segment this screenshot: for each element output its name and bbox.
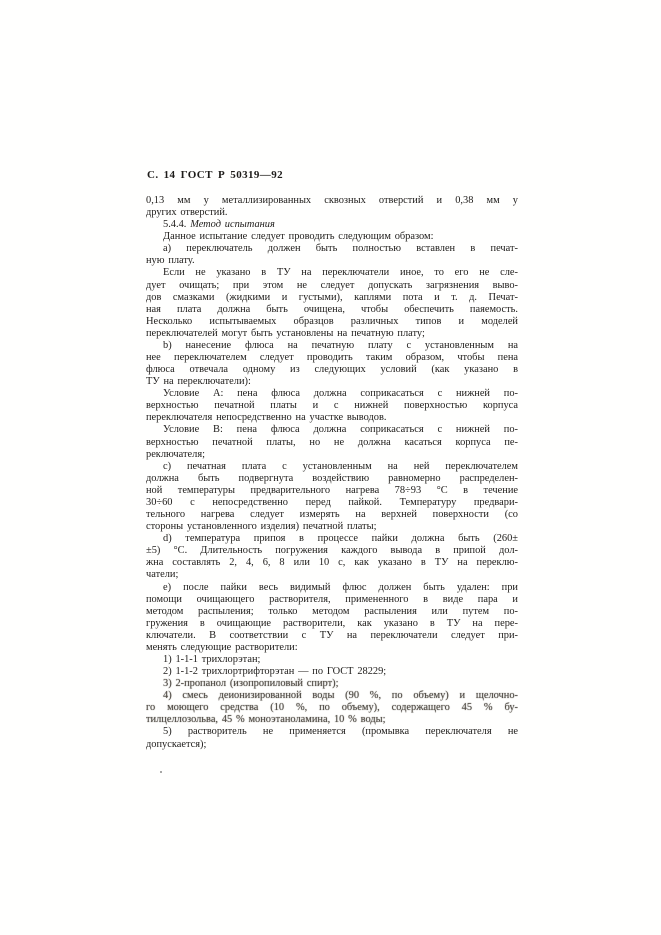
text-line: помощи очищающего растворителя, применен… [146, 594, 518, 606]
text-line: должна быть подвергнута воздействию равн… [146, 473, 518, 485]
text-line: дует очищать; при этом не следует допуск… [146, 280, 518, 292]
text-line: 2) 1-1-2 трихлортрифторэтан — по ГОСТ 28… [146, 666, 518, 678]
scanned-document-page: С. 14 ГОСТ Р 50319—92 0,13 мм у металлиз… [0, 0, 661, 935]
text-line: Несколько испытываемых образцов различны… [146, 316, 518, 328]
text-line: верхностью печатной платы, но не должна … [146, 437, 518, 449]
text-line: нее переключателем следует проводить так… [146, 352, 518, 364]
text-line: Если не указано в ТУ на переключатели ин… [146, 267, 518, 279]
text-line: е) после пайки весь видимый флюс должен … [146, 582, 518, 594]
text-line: с) печатная плата с установленным на ней… [146, 461, 518, 473]
text-line: 3) 2-пропанол (изопропиловый спирт); [146, 678, 518, 690]
text-line: жна составлять 2, 4, 6, 8 или 10 с, как … [146, 557, 518, 569]
text-line: переключателя непосредственно на участке… [146, 412, 518, 424]
text-line: ТУ на переключатели): [146, 376, 518, 388]
text-line: переключателей могут быть установлены на… [146, 328, 518, 340]
text-line: допускается); [146, 739, 518, 751]
text-line: флюса отвечала одному из следующих услов… [146, 364, 518, 376]
italic-text-run: Метод испытания [190, 219, 275, 230]
text-line: дов смазками (жидкими и густыми), каплям… [146, 292, 518, 304]
text-line: ключатели. В соответствии с ТУ на перекл… [146, 630, 518, 642]
text-line: Условие А: пена флюса должна соприкасать… [146, 388, 518, 400]
text-line: а) переключатель должен быть полностью в… [146, 243, 518, 255]
text-line: ±5) °С. Длительность погружения каждого … [146, 545, 518, 557]
text-line: 5.4.4. Метод испытания [146, 219, 518, 231]
text-line: методом распыления; только методом распы… [146, 606, 518, 618]
text-line: ную плату. [146, 255, 518, 267]
text-line: стороны установленного изделия) печатной… [146, 521, 518, 533]
text-line: 1) 1-1-1 трихлорэтан; [146, 654, 518, 666]
text-line: ной температуры предварительного нагрева… [146, 485, 518, 497]
text-line: менять следующие растворители: [146, 642, 518, 654]
page-header: С. 14 ГОСТ Р 50319—92 [147, 169, 283, 181]
text-run: 5.4.4. [163, 219, 190, 230]
text-line: ная плата должна быть очищена, чтобы обе… [146, 304, 518, 316]
text-line: чатели; [146, 569, 518, 581]
text-line: тельного нагрева следует измерять на вер… [146, 509, 518, 521]
text-line: Данное испытание следует проводить следу… [146, 231, 518, 243]
text-line: 5) растворитель не применяется (промывка… [146, 726, 518, 738]
text-line: d) температура припоя в процессе пайки д… [146, 533, 518, 545]
document-body: 0,13 мм у металлизированных сквозных отв… [146, 195, 518, 751]
text-line: 0,13 мм у металлизированных сквозных отв… [146, 195, 518, 207]
text-line: го моющего средства (10 %, по объему), с… [146, 702, 518, 714]
text-line: верхностью печатной платы и с нижней пов… [146, 400, 518, 412]
text-line: гружения в очищающие растворители, как у… [146, 618, 518, 630]
text-line: Условие В: пена флюса должна соприкасать… [146, 424, 518, 436]
text-line: тилцеллозольва, 45 % моноэтаноламина, 10… [146, 714, 518, 726]
text-line: других отверстий. [146, 207, 518, 219]
text-line: 4) смесь деионизированной воды (90 %, по… [146, 690, 518, 702]
text-line: реключателя; [146, 449, 518, 461]
stray-mark [160, 771, 162, 773]
text-line: 30÷60 с непосредственно перед пайкой. Те… [146, 497, 518, 509]
text-line: b) нанесение флюса на печатную плату с у… [146, 340, 518, 352]
